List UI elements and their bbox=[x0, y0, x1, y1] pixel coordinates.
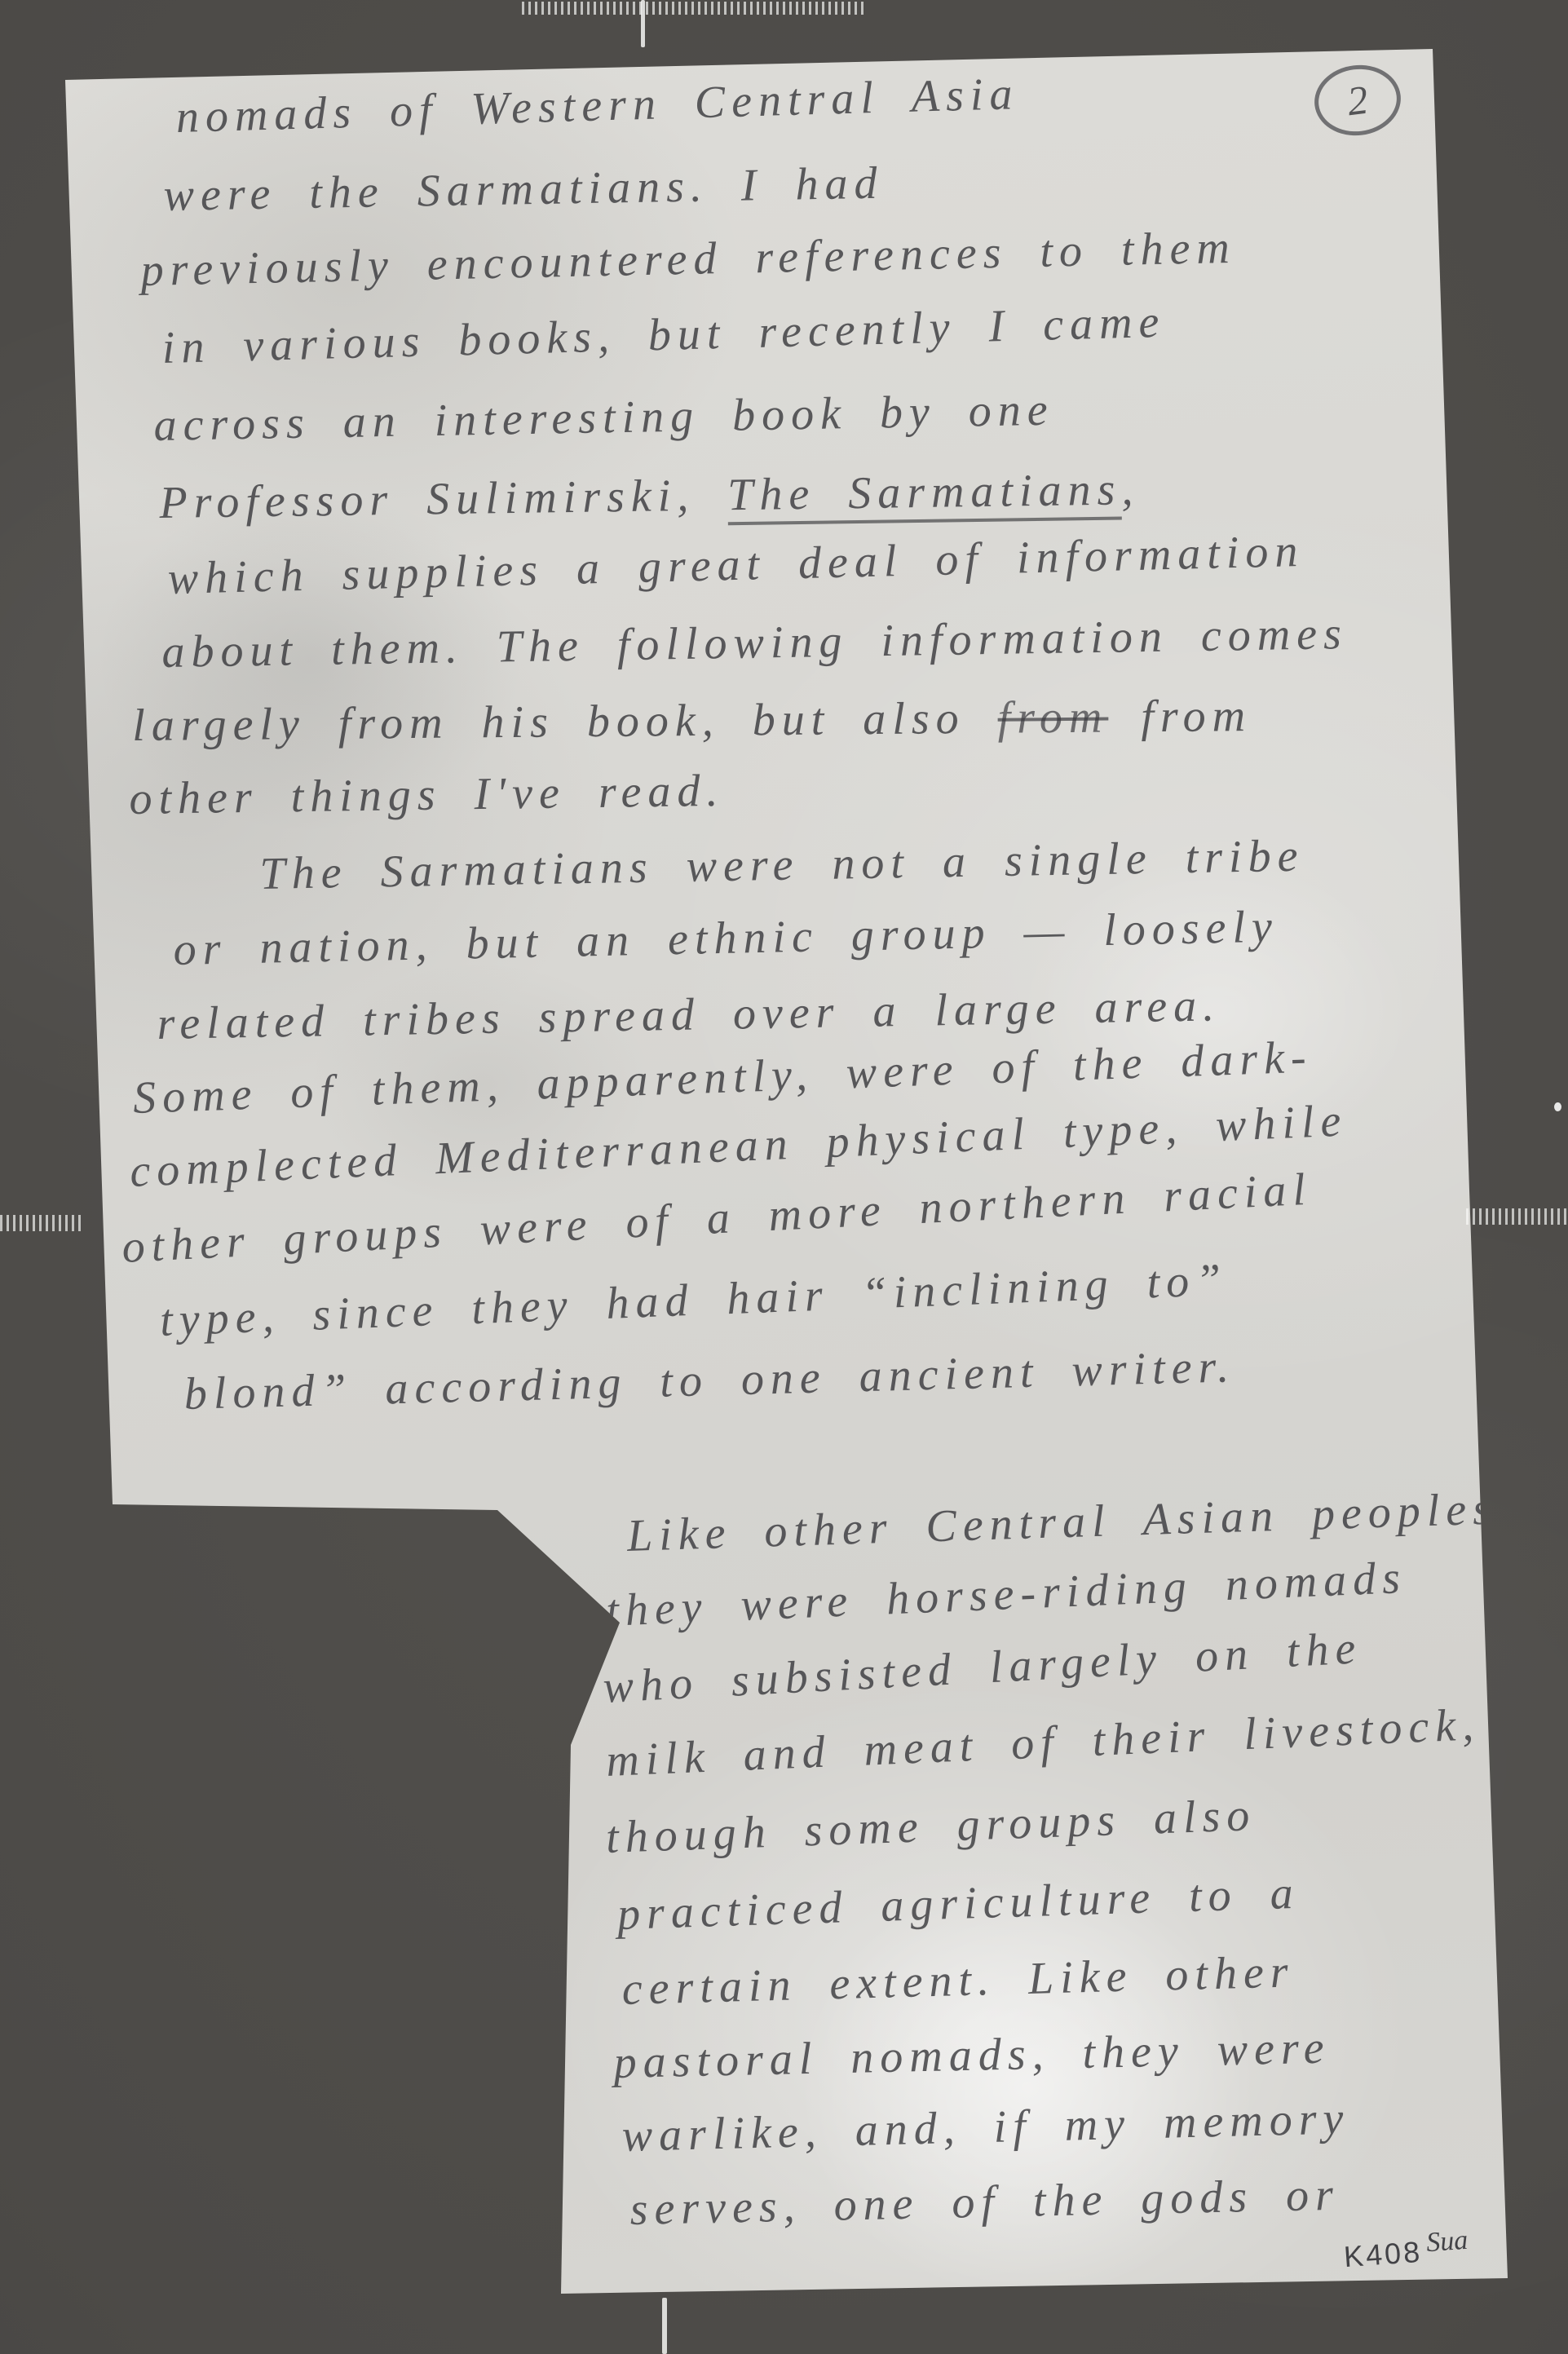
handwriting-line: serves, one of the gods or bbox=[629, 2169, 1341, 2236]
catalog-mark-code: K408 bbox=[1343, 2235, 1424, 2274]
handwriting-line: Professor Sulimirski, The Sarmatians, bbox=[159, 463, 1140, 529]
handwriting-line: who subsisted largely on the bbox=[602, 1622, 1363, 1714]
catalog-mark-initials: Sua bbox=[1425, 2225, 1469, 2258]
film-edge-marking-right bbox=[1466, 1208, 1568, 1225]
handwriting-line: largely from his book, but also from fro… bbox=[132, 690, 1252, 752]
handwriting-line: type, since they had hair “inclining to” bbox=[159, 1254, 1228, 1347]
handwriting-line: other things I've read. bbox=[129, 765, 725, 825]
catalog-mark: K408Sua bbox=[1343, 2232, 1470, 2275]
film-scratch-top bbox=[641, 0, 645, 47]
underlined-text: The Sarmatians bbox=[727, 465, 1122, 526]
photographed-letter-page: { "page": { "number": "2", "catalog_mark… bbox=[0, 0, 1568, 2354]
handwriting-line: across an interesting book by one bbox=[153, 384, 1054, 452]
handwriting-line: practiced agriculture to a bbox=[616, 1867, 1301, 1941]
paper-smudge bbox=[799, 1875, 1256, 2299]
film-speck bbox=[1554, 1102, 1561, 1111]
struck-out-text: from bbox=[997, 692, 1108, 744]
handwriting-line: previously encountered references to the… bbox=[140, 222, 1236, 297]
text-segment: , bbox=[1121, 464, 1140, 515]
handwriting-line: about them. The following information co… bbox=[161, 607, 1348, 678]
film-scratch-bottom bbox=[662, 2298, 667, 2354]
text-segment: from bbox=[1108, 691, 1252, 743]
handwriting-line: which supplies a great deal of informati… bbox=[167, 525, 1305, 605]
handwriting-line: were the Sarmatians. I had bbox=[163, 157, 884, 222]
page-number: 2 bbox=[1345, 76, 1371, 126]
page-number-circle: 2 bbox=[1310, 60, 1405, 140]
film-edge-marking-left bbox=[0, 1215, 82, 1231]
handwriting-line: blond” according to one ancient writer. bbox=[183, 1340, 1236, 1420]
letter-paper: 2 nomads of Western Central Asiawere the… bbox=[0, 0, 1568, 2354]
text-segment: Professor Sulimirski, bbox=[159, 470, 728, 528]
handwriting-line: though some groups also bbox=[605, 1789, 1257, 1864]
handwriting-line: warlike, and, if my memory bbox=[621, 2092, 1350, 2162]
handwriting-line: nomads of Western Central Asia bbox=[175, 68, 1019, 144]
text-segment: largely from his book, but also bbox=[132, 693, 998, 751]
handwriting-line: or nation, but an ethnic group — loosely bbox=[173, 901, 1279, 976]
handwriting-line: certain extent. Like other bbox=[621, 1945, 1295, 2016]
handwriting-line: Like other Central Asian peoples bbox=[626, 1482, 1498, 1561]
handwriting-line: The Sarmatians were not a single tribe bbox=[259, 830, 1305, 900]
handwriting-line: milk and meat of their livestock, bbox=[605, 1698, 1481, 1787]
handwriting-line: they were horse-riding nomads bbox=[605, 1552, 1407, 1637]
film-edge-marking-top bbox=[522, 2, 864, 15]
handwriting-line: in various books, but recently I came bbox=[161, 296, 1166, 374]
handwriting-line: pastoral nomads, they were bbox=[613, 2022, 1331, 2089]
